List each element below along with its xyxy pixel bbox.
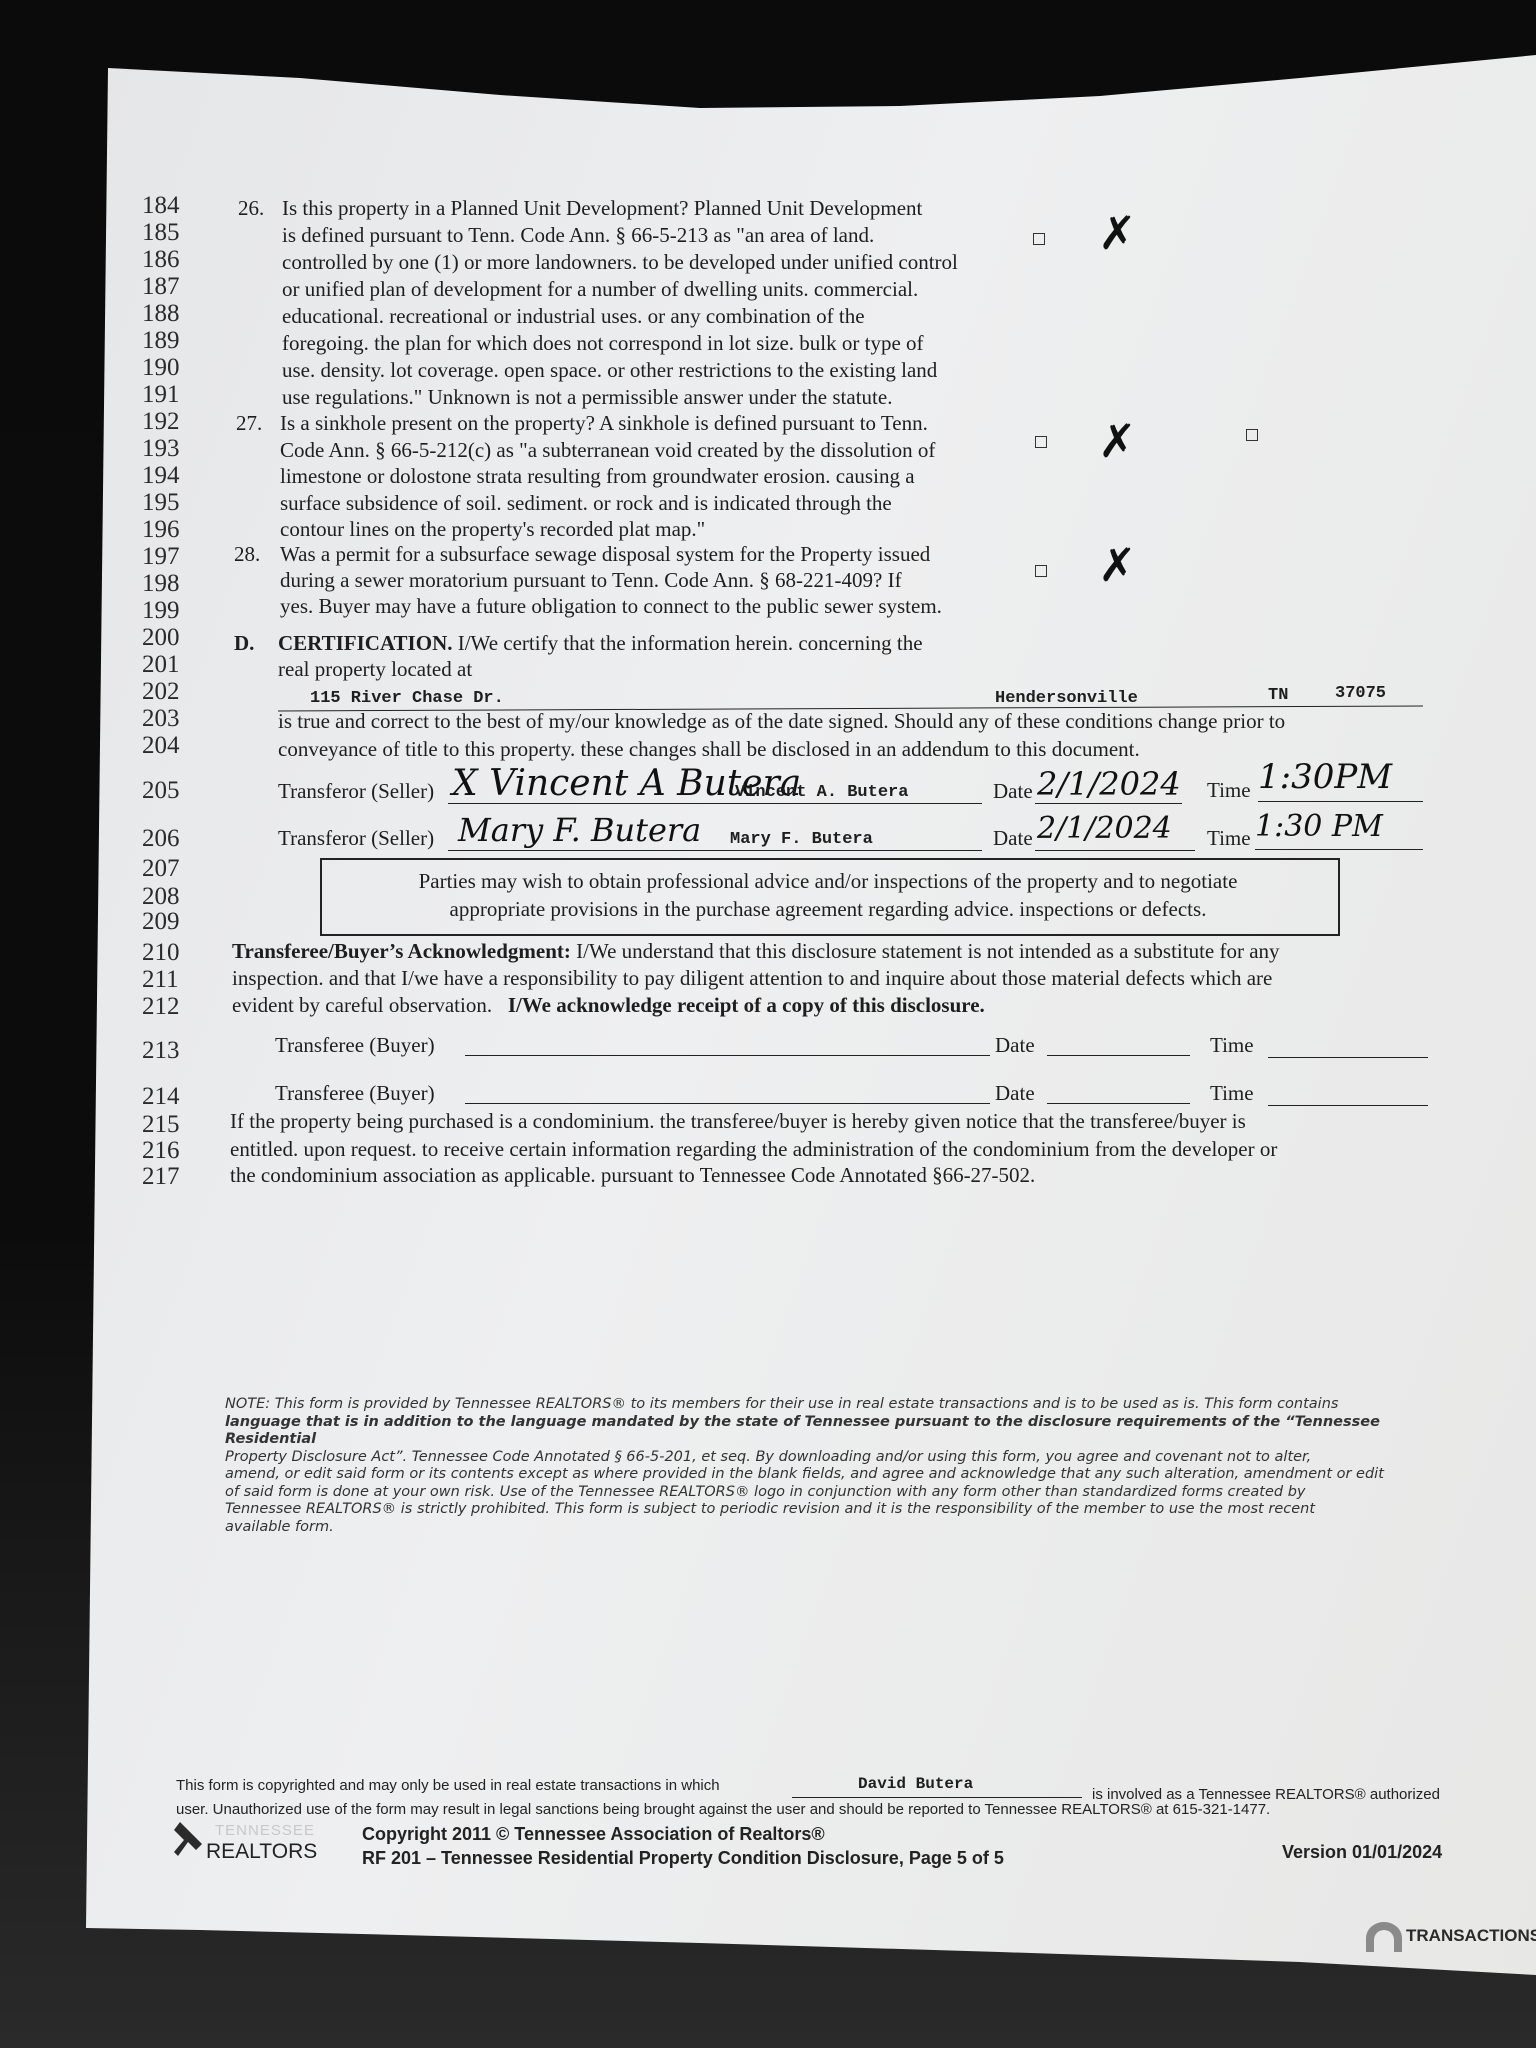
- condo-notice-line-3: the condominium association as applicabl…: [230, 1164, 1035, 1186]
- line-number: 195: [142, 490, 192, 515]
- buyer-1-date-field[interactable]: [1047, 1055, 1190, 1056]
- note-line: amend, or edit said form or its contents…: [225, 1466, 1465, 1484]
- seller-1-time-label: Time: [1207, 779, 1251, 801]
- certification-line-4: conveyance of title to this property. th…: [278, 738, 1140, 760]
- advice-line-2: appropriate provisions in the purchase a…: [320, 898, 1336, 920]
- line-number: 190: [142, 355, 192, 380]
- form-version: Version 01/01/2024: [1282, 1842, 1442, 1863]
- line-number: 194: [142, 463, 192, 488]
- buyer-1-time-label: Time: [1210, 1034, 1254, 1056]
- acknowledgment-text-3: evident by careful observation.: [232, 993, 492, 1017]
- address-zip-field[interactable]: 37075: [1335, 683, 1386, 705]
- line-number: 192: [142, 409, 192, 434]
- seller-1-signature-line: [448, 803, 982, 804]
- line-number: 193: [142, 436, 192, 461]
- certification-line-2: real property located at: [278, 658, 472, 680]
- q28-line: during a sewer moratorium pursuant to Te…: [280, 569, 902, 591]
- buyer-1-signature-field[interactable]: [465, 1055, 990, 1056]
- copyright-line-1-start: This form is copyrighted and may only be…: [176, 1777, 720, 1794]
- line-number: 210: [142, 940, 192, 965]
- seller-2-printed-name: Mary F. Butera: [730, 829, 873, 851]
- transactions-arch-icon: [1364, 1922, 1404, 1952]
- q27-line: limestone or dolostone strata resulting …: [280, 465, 915, 487]
- q26-line: Is this property in a Planned Unit Devel…: [282, 197, 922, 219]
- line-number: 206: [142, 826, 192, 851]
- q27-line: Code Ann. § 66-5-212(c) as "a subterrane…: [280, 439, 935, 461]
- logo-bottom-text: REALTORS: [206, 1840, 317, 1864]
- buyer-1-date-label: Date: [995, 1034, 1035, 1056]
- q28-checkbox-yes[interactable]: [1035, 565, 1047, 577]
- copyright-line-2: user. Unauthorized use of the form may r…: [176, 1801, 1270, 1818]
- line-number: 208: [142, 884, 192, 909]
- note-line: Tennessee REALTORS® is strictly prohibit…: [225, 1501, 1465, 1519]
- q26-line: use regulations." Unknown is not a permi…: [282, 386, 892, 408]
- copyright-notice: Copyright 2011 © Tennessee Association o…: [362, 1824, 825, 1845]
- certification-heading: CERTIFICATION.: [278, 631, 452, 655]
- line-number: 205: [142, 778, 192, 803]
- seller-1-time-line: [1258, 801, 1423, 802]
- line-number: 196: [142, 517, 192, 542]
- line-number: 207: [142, 856, 192, 881]
- q26-no-mark-icon[interactable]: ✗: [1098, 210, 1137, 256]
- line-number: 200: [142, 625, 192, 650]
- q28-line: yes. Buyer may have a future obligation …: [280, 595, 942, 617]
- line-number: 212: [142, 994, 192, 1019]
- q28-number: 28.: [234, 543, 260, 565]
- seller-1-label: Transferor (Seller): [278, 780, 434, 802]
- line-number: 216: [142, 1138, 192, 1163]
- acknowledgment-line-1: Transferee/Buyer’s Acknowledgment: I/We …: [232, 940, 1280, 962]
- seller-1-date[interactable]: 2/1/2024: [1037, 766, 1181, 802]
- line-number: 186: [142, 247, 192, 272]
- seller-2-time-label: Time: [1207, 827, 1251, 849]
- q27-checkbox-unknown[interactable]: [1246, 429, 1258, 441]
- note-line: NOTE: This form is provided by Tennessee…: [225, 1396, 1465, 1414]
- q26-line: educational. recreational or industrial …: [282, 305, 865, 327]
- seller-1-date-line: [1035, 803, 1182, 804]
- q26-line: foregoing. the plan for which does not c…: [282, 332, 924, 354]
- buyer-2-time-label: Time: [1210, 1082, 1254, 1104]
- seller-1-time[interactable]: 1:30PM: [1258, 758, 1392, 796]
- condo-notice-line-2: entitled. upon request. to receive certa…: [230, 1138, 1277, 1160]
- seller-2-signature[interactable]: Mary F. Butera: [458, 812, 701, 848]
- line-number: 197: [142, 544, 192, 569]
- address-street-field[interactable]: 115 River Chase Dr.: [310, 688, 504, 710]
- seller-2-date-label: Date: [993, 827, 1033, 849]
- line-number: 203: [142, 706, 192, 731]
- line-number: 201: [142, 652, 192, 677]
- q26-line: use. density. lot coverage. open space. …: [282, 359, 937, 381]
- acknowledgment-text-1: I/We understand that this disclosure sta…: [576, 939, 1279, 963]
- q26-line: is defined pursuant to Tenn. Code Ann. §…: [282, 224, 874, 246]
- acknowledgment-heading: Transferee/Buyer’s Acknowledgment:: [232, 939, 571, 963]
- seller-2-time[interactable]: 1:30 PM: [1255, 810, 1383, 844]
- note-line: language that is in addition to the lang…: [225, 1414, 1465, 1449]
- licensee-underline: [792, 1797, 1082, 1798]
- q27-line: contour lines on the property's recorded…: [280, 518, 705, 540]
- line-number: 198: [142, 571, 192, 596]
- certification-text-1: I/We certify that the information herein…: [458, 631, 923, 655]
- certification-line-3: is true and correct to the best of my/ou…: [278, 710, 1285, 732]
- legal-note: NOTE: This form is provided by Tennessee…: [225, 1396, 1465, 1536]
- seller-2-signature-line: [448, 850, 982, 851]
- seller-2-date-line: [1035, 850, 1195, 851]
- buyer-2-label: Transferee (Buyer): [275, 1082, 435, 1104]
- line-number: 199: [142, 598, 192, 623]
- seller-2-date[interactable]: 2/1/2024: [1037, 812, 1172, 846]
- line-number: 187: [142, 274, 192, 299]
- q26-line: controlled by one (1) or more landowners…: [282, 251, 958, 273]
- address-state-field[interactable]: TN: [1268, 685, 1288, 707]
- line-number: 202: [142, 679, 192, 704]
- line-number: 184: [142, 193, 192, 218]
- buyer-2-date-field[interactable]: [1047, 1103, 1190, 1104]
- acknowledgment-receipt: I/We acknowledge receipt of a copy of th…: [508, 993, 985, 1017]
- buyer-1-label: Transferee (Buyer): [275, 1034, 435, 1056]
- licensee-name-field[interactable]: David Butera: [858, 1773, 973, 1795]
- line-number: 189: [142, 328, 192, 353]
- advice-line-1: Parties may wish to obtain professional …: [320, 870, 1336, 892]
- seller-1-printed-name: Vincent A. Butera: [735, 782, 908, 804]
- buyer-1-time-field[interactable]: [1268, 1057, 1428, 1058]
- form-title: RF 201 – Tennessee Residential Property …: [362, 1848, 1004, 1869]
- line-number: 213: [142, 1038, 192, 1063]
- line-number: 191: [142, 382, 192, 407]
- q27-no-mark-icon[interactable]: ✗: [1098, 418, 1137, 464]
- line-number: 211: [142, 967, 192, 992]
- line-number: 215: [142, 1112, 192, 1137]
- transactions-watermark: TRANSACTIONS: [1406, 1926, 1536, 1946]
- q27-line: Is a sinkhole present on the property? A…: [280, 412, 928, 434]
- realtors-logo-icon: [174, 1822, 204, 1858]
- note-line: Property Disclosure Act”. Tennessee Code…: [225, 1449, 1465, 1467]
- q26-checkbox-yes[interactable]: [1033, 233, 1045, 245]
- q26-number: 26.: [238, 197, 264, 219]
- seller-2-time-line: [1255, 849, 1423, 850]
- seller-1-date-label: Date: [993, 780, 1033, 802]
- q28-no-mark-icon[interactable]: ✗: [1098, 542, 1137, 588]
- document-page: 1841851861871881891901911921931941951961…: [0, 0, 1536, 2048]
- line-number: 188: [142, 301, 192, 326]
- buyer-2-signature-field[interactable]: [465, 1103, 990, 1104]
- condo-notice-line-1: If the property being purchased is a con…: [230, 1110, 1246, 1132]
- note-line: available form.: [225, 1519, 1465, 1537]
- certification-line-1: CERTIFICATION. I/We certify that the inf…: [278, 632, 923, 654]
- q27-number: 27.: [236, 412, 262, 434]
- buyer-2-time-field[interactable]: [1268, 1105, 1428, 1106]
- certification-letter: D.: [234, 632, 254, 654]
- q27-checkbox-yes[interactable]: [1035, 436, 1047, 448]
- line-number: 214: [142, 1084, 192, 1109]
- note-line: of said form is done at your own risk. U…: [225, 1484, 1465, 1502]
- line-number: 209: [142, 909, 192, 934]
- line-number: 185: [142, 220, 192, 245]
- acknowledgment-line-2: inspection. and that I/we have a respons…: [232, 967, 1272, 989]
- seller-2-label: Transferor (Seller): [278, 827, 434, 849]
- logo-top-text: TENNESSEE: [215, 1822, 315, 1839]
- line-number: 204: [142, 733, 192, 758]
- q26-line: or unified plan of development for a num…: [282, 278, 918, 300]
- q27-line: surface subsidence of soil. sediment. or…: [280, 492, 892, 514]
- buyer-2-date-label: Date: [995, 1082, 1035, 1104]
- q28-line: Was a permit for a subsurface sewage dis…: [280, 543, 930, 565]
- line-number: 217: [142, 1164, 192, 1189]
- acknowledgment-line-3: evident by careful observation. I/We ack…: [232, 994, 985, 1016]
